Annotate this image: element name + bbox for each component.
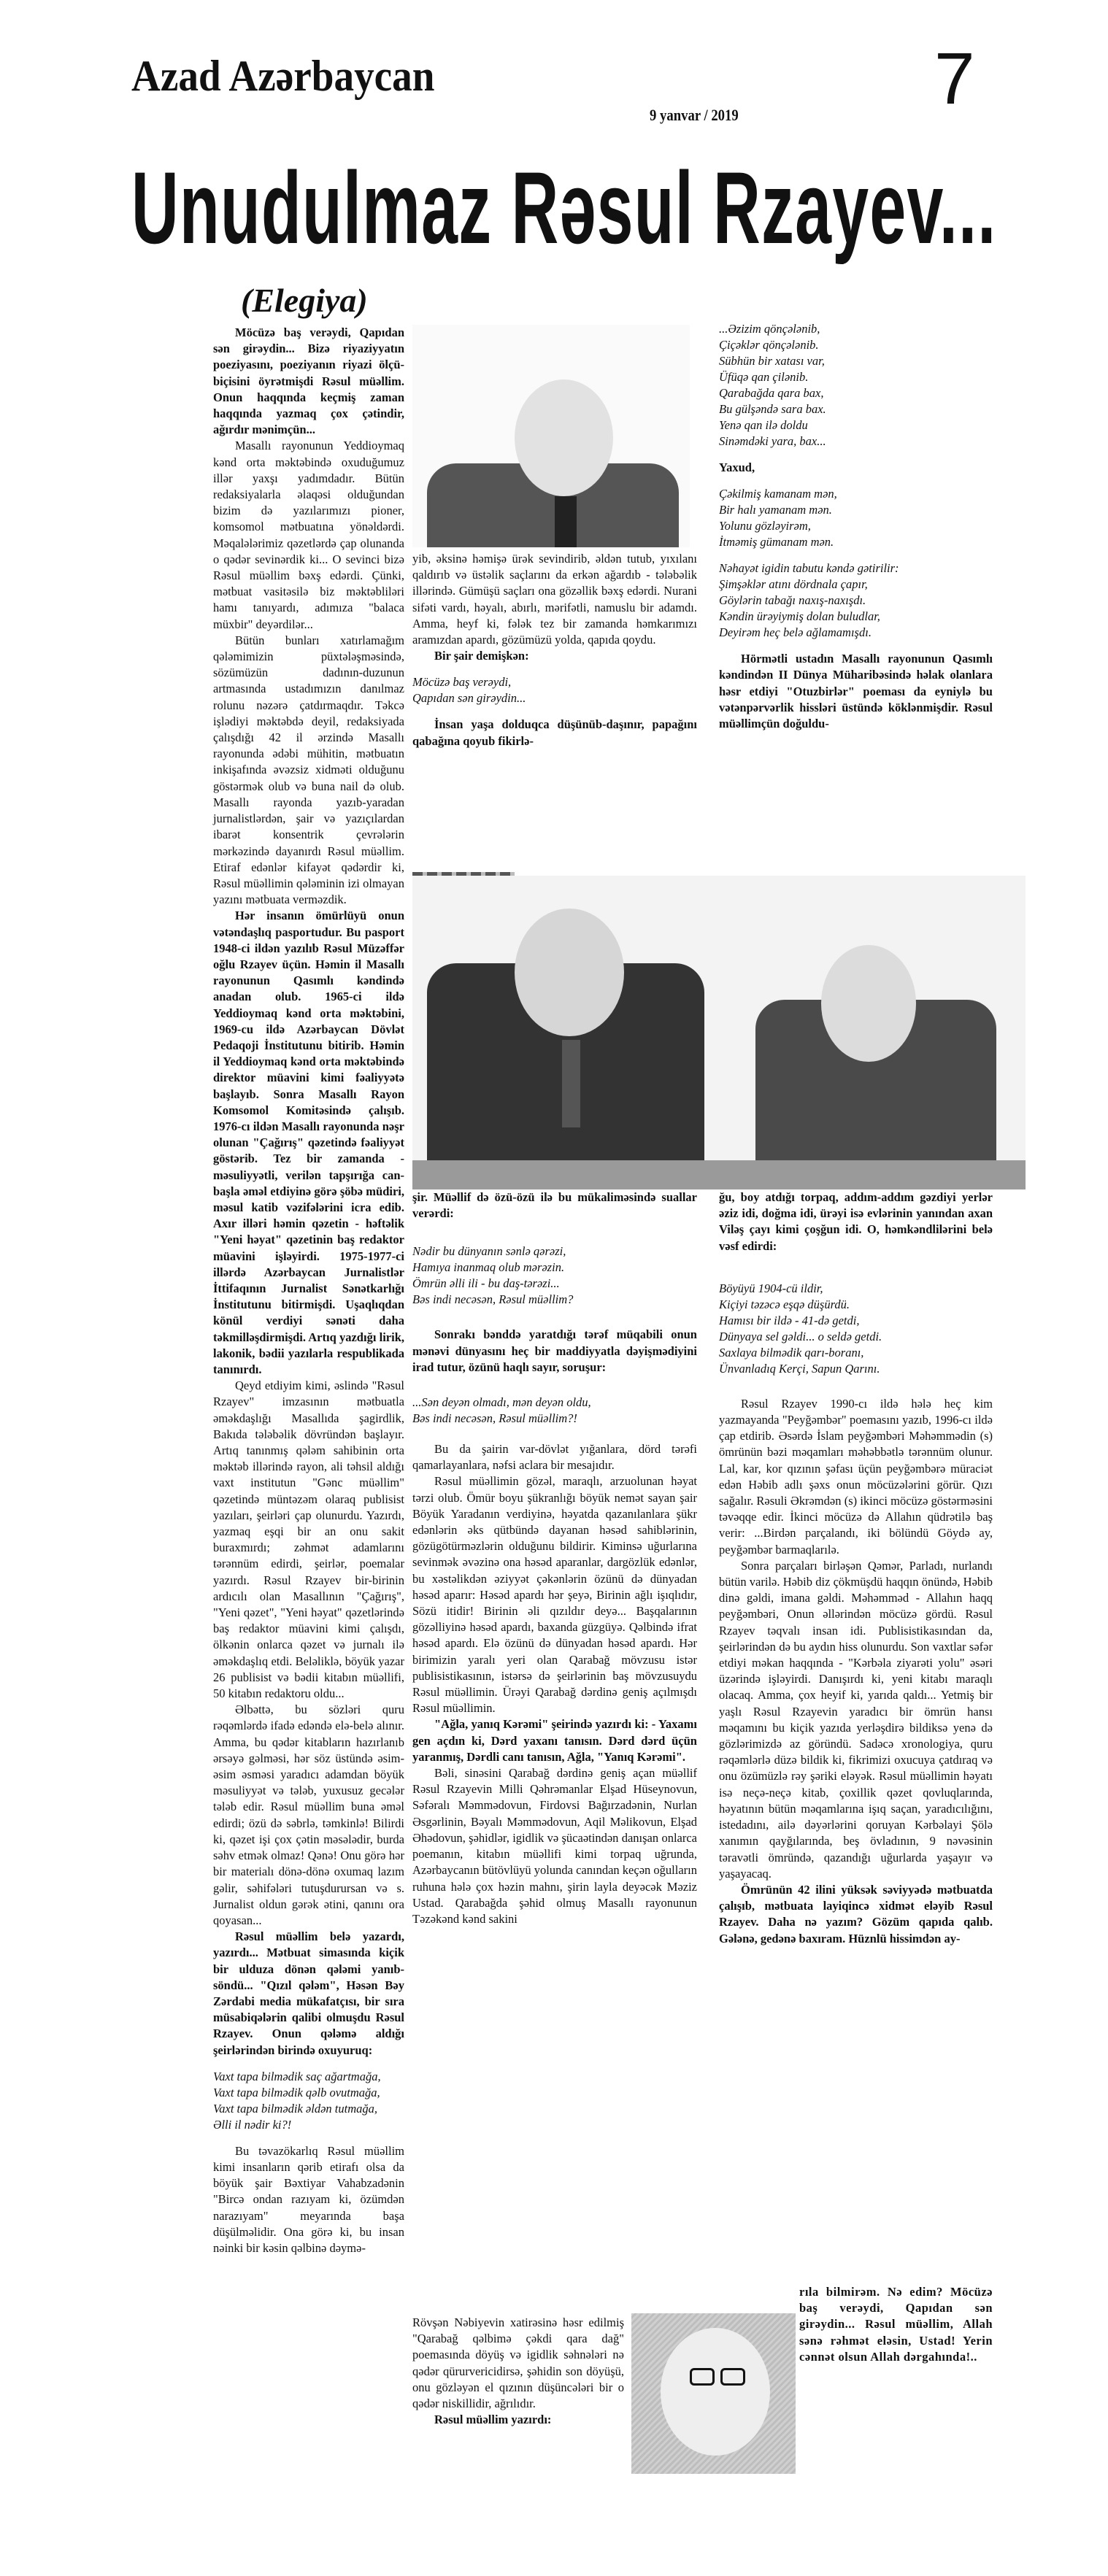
paragraph: Rəsul Rzayev 1990-cı ildə hələ heç kim y… [719, 1396, 993, 1558]
paragraph: Masallı rayonunun Yeddioymaq kənd orta m… [213, 438, 404, 632]
paragraph: yib, əksinə həmişə ürək sevindirib, əldə… [412, 551, 697, 648]
paragraph: rıla bilmirəm. Nə edim? Möcüzə baş verəy… [799, 2284, 993, 2365]
photo-tie [555, 496, 577, 547]
paragraph: Bu da şairin var-dövlət yığanlara, dörd … [412, 1441, 697, 1473]
photo-tie-left [562, 1040, 580, 1127]
photo-face-right [821, 945, 916, 1062]
verse-line: Vaxt tapa bilmədik qəlb ovutmağa, [213, 2085, 404, 2101]
verse-line: Ünvanladıq Kerçi, Sapun Qarını. [719, 1361, 993, 1377]
verse-line: Vaxt tapa bilmədik saç ağartmağa, [213, 2069, 404, 2085]
issue-date: 9 yanvar / 2019 [650, 106, 739, 125]
glasses-icon [720, 2368, 745, 2386]
portrait-photo [412, 325, 690, 547]
verse-line: Bəs indi necəsən, Rəsul müəllim?! [412, 1411, 697, 1427]
article-title: Unudulmaz Rəsul Rzayev... [131, 153, 996, 263]
verse-line: Dünyaya sel gəldi... o seldə getdi. [719, 1329, 993, 1345]
paragraph: ğu, boy atdığı torpaq, addım-addım gəzdi… [719, 1189, 993, 1254]
verse-line: İtməmiş gümanam mən. [719, 534, 993, 550]
paragraph: Yaxud, [719, 460, 993, 476]
photo-face [661, 2328, 770, 2456]
verse-line: Yenə qan ilə doldu [719, 417, 993, 433]
verse-line: Şimşəklər atını dördnala çapır, [719, 576, 993, 593]
poem-excerpt: ...Sən deyən olmadı, mən deyən oldu, Bəs… [412, 1395, 697, 1427]
paragraph: Ömrünün 42 ilini yüksək səviyyədə mətbua… [719, 1882, 993, 1947]
verse-line: Yolunu gözləyirəm, [719, 518, 993, 534]
verse-line: Deyirəm heç belə ağlamamışdı. [719, 625, 993, 641]
photo-face [515, 379, 613, 496]
paragraph: Qeyd etdiyim kimi, əslində "Rəsul Rzayev… [213, 1378, 404, 1702]
verse-line: Sinəmdəki yara, bax... [719, 433, 993, 450]
verse-line: Qapıdan sən girəydin... [412, 690, 697, 706]
biography-paragraph: Hər insanın ömürlüyü onun vətəndaşlıq pa… [213, 908, 404, 1378]
column-2-upper: yib, əksinə həmişə ürək sevindirib, əldə… [412, 551, 697, 749]
verse-line: Bir halı yamanam mən. [719, 502, 993, 518]
verse-line: ...Sən deyən olmadı, mən deyən oldu, [412, 1395, 697, 1411]
column-3-upper: ...Əzizim qönçələnib, Çiçəklər qönçələni… [719, 321, 993, 732]
paragraph: Hörmətli ustadın Masallı rayonunun Qasım… [719, 651, 993, 732]
column-1: Möcüzə baş verəydi, Qapıdan sən girəydin… [213, 325, 404, 2256]
poem-excerpt: Böyüyü 1904-cü ildir, Kiçiyi təzəcə eşqə… [719, 1281, 993, 1377]
photo-table [412, 1160, 1026, 1189]
paragraph: Rövşən Nəbiyevin xatirəsinə həsr edilmiş… [412, 2315, 624, 2412]
poem-excerpt: Vaxt tapa bilmədik saç ağartmağa, Vaxt t… [213, 2069, 404, 2133]
verse-line: Kəndin ürəyiymiş dolan buludlar, [719, 609, 993, 625]
verse-line: Qarabağda qara bax, [719, 385, 993, 401]
verse-line: ...Əzizim qönçələnib, [719, 321, 993, 337]
verse-line: Hamısı bir ildə - 41-də getdi, [719, 1313, 993, 1329]
paragraph: Rəsul müəllim yazırdı: [412, 2412, 624, 2428]
verse-line: Çəkilmiş kamanam mən, [719, 486, 993, 502]
paragraph: Əlbəttə, bu sözləri quru rəqəmlərdə ifad… [213, 1702, 404, 1929]
lead-paragraph: Möcüzə baş verəydi, Qapıdan sən girəydin… [213, 325, 404, 438]
newspaper-masthead: Azad Azərbaycan [131, 51, 434, 101]
paragraph: Rəsul müəllim belə yazardı, yazırdı... M… [213, 1929, 404, 2059]
paragraph: Bütün bunları xatırlamağım qələmimizin p… [213, 633, 404, 908]
paragraph: Bir şair demişkən: [412, 648, 697, 664]
poem-excerpt: Nədir bu dünyanın sənlə qərəzi, Hamıya i… [412, 1243, 697, 1308]
verse-line: Göylərin tabağı naxış-naxışdı. [719, 593, 993, 609]
verse-line: Üfüqə qan çilənib. [719, 369, 993, 385]
closing-paragraph: rıla bilmirəm. Nə edim? Möcüzə baş verəy… [799, 2284, 993, 2365]
two-men-at-table-photo [412, 876, 1026, 1189]
poem-excerpt: ...Əzizim qönçələnib, Çiçəklər qönçələni… [719, 321, 993, 450]
page-number: 7 [934, 42, 975, 115]
paragraph: Sonrakı bənddə yaratdığı tərəf müqabili … [412, 1327, 697, 1376]
verse-line: Bu gülşəndə sara bax. [719, 401, 993, 417]
verse-line: Möcüzə baş verəydi, [412, 674, 697, 690]
glasses-portrait-photo [631, 2313, 796, 2474]
verse-line: Hamıya inanmaq olub mərəzin. [412, 1260, 697, 1276]
column-2-bottom-wrap: Rövşən Nəbiyevin xatirəsinə həsr edilmiş… [412, 2315, 624, 2428]
article-subtitle: (Elegiya) [241, 281, 368, 320]
verse-line: Çiçəklər qönçələnib. [719, 337, 993, 353]
verse-line: Nəhayət igidin tabutu kəndə gətirilir: [719, 560, 993, 576]
paragraph: Sonra parçaları birləşən Qəmər, Parladı,… [719, 1558, 993, 1882]
paragraph: şir. Müəllif də özü-özü ilə bu mükaliməs… [412, 1189, 697, 1222]
poem-excerpt: Nəhayət igidin tabutu kəndə gətirilir: Ş… [719, 560, 993, 641]
paragraph: İnsan yaşa dolduqca düşünüb-daşınır, pap… [412, 717, 697, 749]
photo-face-left [515, 909, 624, 1036]
verse-line: Vaxt tapa bilmədik əldən tutmağa, [213, 2101, 404, 2117]
column-3-lower: ğu, boy atdığı torpaq, addım-addım gəzdi… [719, 1189, 993, 1947]
glasses-icon [690, 2368, 715, 2386]
paragraph: Bəli, sinəsini Qarabağ dərdinə geniş aça… [412, 1765, 697, 1927]
paragraph: Bu təvazökarlıq Rəsul müəllim kimi insan… [213, 2143, 404, 2256]
verse-line: Saxlaya bilmədik qarı-boranı, [719, 1345, 993, 1361]
verse-line: Ömrün əlli ili - bu daş-tərəzi... [412, 1276, 697, 1292]
verse-line: Bəs indi necəsən, Rəsul müəllim? [412, 1292, 697, 1308]
paragraph: Rəsul müəllimin gözəl, maraqlı, arzuolun… [412, 1473, 697, 1716]
verse-line: Sübhün bir xatası var, [719, 353, 993, 369]
verse-line: Böyüyü 1904-cü ildir, [719, 1281, 993, 1297]
verse-line: Kiçiyi təzəcə eşqə düşürdü. [719, 1297, 993, 1313]
verse-line: Nədir bu dünyanın sənlə qərəzi, [412, 1243, 697, 1260]
verse-line: Əlli il nədir ki?! [213, 2117, 404, 2133]
poem-excerpt: Möcüzə baş verəydi, Qapıdan sən girəydin… [412, 674, 697, 706]
poem-quote-paragraph: "Ağla, yanıq Kərəmi" şeirində yazırdı ki… [412, 1716, 697, 1765]
column-2-lower: şir. Müəllif də özü-özü ilə bu mükaliməs… [412, 1189, 697, 1927]
poem-excerpt: Çəkilmiş kamanam mən, Bir halı yamanam m… [719, 486, 993, 550]
